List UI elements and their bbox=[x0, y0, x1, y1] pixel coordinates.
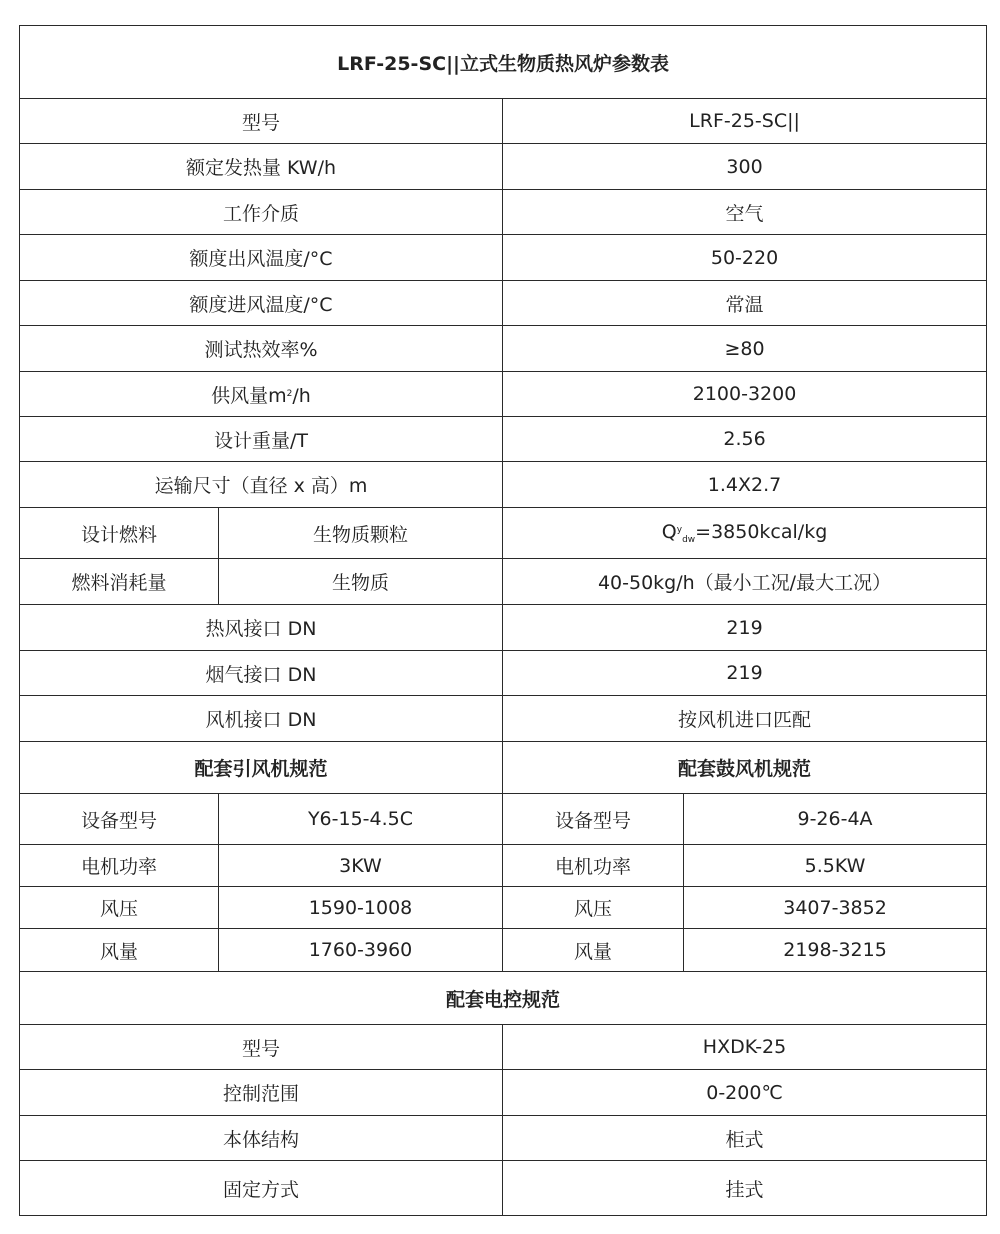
table-row: 额度进风温度/°C 常温 bbox=[20, 281, 987, 326]
title-row: LRF-25-SC||立式生物质热风炉参数表 bbox=[20, 26, 987, 99]
induced-value: 3KW bbox=[219, 845, 503, 887]
induced-value: 1760-3960 bbox=[219, 929, 503, 972]
row-label: 本体结构 bbox=[20, 1116, 503, 1161]
table-row: 烟气接口 DN 219 bbox=[20, 651, 987, 696]
row-value: 挂式 bbox=[503, 1161, 987, 1216]
row-sub-label: 生物质 bbox=[219, 559, 503, 605]
section-header-row: 配套电控规范 bbox=[20, 972, 987, 1025]
induced-label: 设备型号 bbox=[20, 794, 219, 845]
value-text: Q bbox=[662, 521, 677, 543]
row-value: 2100-3200 bbox=[503, 372, 987, 417]
induced-value: Y6-15-4.5C bbox=[219, 794, 503, 845]
row-value: 常温 bbox=[503, 281, 987, 326]
table-row: 供风量m2/h 2100-3200 bbox=[20, 372, 987, 417]
row-value: 空气 bbox=[503, 190, 987, 235]
table-row: 额度出风温度/°C 50-220 bbox=[20, 235, 987, 281]
induced-label: 电机功率 bbox=[20, 845, 219, 887]
induced-value: 1590-1008 bbox=[219, 887, 503, 929]
table-row: 风量 1760-3960 风量 2198-3215 bbox=[20, 929, 987, 972]
label-text: 供风量m bbox=[211, 385, 287, 407]
row-value: 219 bbox=[503, 651, 987, 696]
row-value: 40-50kg/h（最小工况/最大工况） bbox=[503, 559, 987, 605]
table-row: 固定方式 挂式 bbox=[20, 1161, 987, 1216]
control-section-title: 配套电控规范 bbox=[20, 972, 987, 1025]
row-label: 额定发热量 KW/h bbox=[20, 144, 503, 190]
row-label: 运输尺寸（直径 x 高）m bbox=[20, 462, 503, 508]
row-value: 219 bbox=[503, 605, 987, 651]
row-value: LRF-25-SC|| bbox=[503, 99, 987, 144]
row-label: 供风量m2/h bbox=[20, 372, 503, 417]
row-value: 300 bbox=[503, 144, 987, 190]
row-sub-label: 生物质颗粒 bbox=[219, 508, 503, 559]
blower-label: 电机功率 bbox=[503, 845, 684, 887]
row-value: 按风机进口匹配 bbox=[503, 696, 987, 742]
row-value: HXDK-25 bbox=[503, 1025, 987, 1070]
induced-fan-section-title: 配套引风机规范 bbox=[20, 742, 503, 794]
row-label: 燃料消耗量 bbox=[20, 559, 219, 605]
table-row: 控制范围 0-200℃ bbox=[20, 1070, 987, 1116]
row-label: 热风接口 DN bbox=[20, 605, 503, 651]
blower-value: 3407-3852 bbox=[684, 887, 987, 929]
blower-value: 2198-3215 bbox=[684, 929, 987, 972]
row-value: 50-220 bbox=[503, 235, 987, 281]
table-row: 风压 1590-1008 风压 3407-3852 bbox=[20, 887, 987, 929]
blower-label: 风量 bbox=[503, 929, 684, 972]
row-value: 柜式 bbox=[503, 1116, 987, 1161]
table-title: LRF-25-SC||立式生物质热风炉参数表 bbox=[20, 26, 987, 99]
table-row: 设备型号 Y6-15-4.5C 设备型号 9-26-4A bbox=[20, 794, 987, 845]
table-row: 运输尺寸（直径 x 高）m 1.4X2.7 bbox=[20, 462, 987, 508]
row-label: 烟气接口 DN bbox=[20, 651, 503, 696]
table-row: 风机接口 DN 按风机进口匹配 bbox=[20, 696, 987, 742]
row-value: 1.4X2.7 bbox=[503, 462, 987, 508]
blower-value: 5.5KW bbox=[684, 845, 987, 887]
blower-label: 风压 bbox=[503, 887, 684, 929]
row-label: 工作介质 bbox=[20, 190, 503, 235]
blower-value: 9-26-4A bbox=[684, 794, 987, 845]
table-row: 额定发热量 KW/h 300 bbox=[20, 144, 987, 190]
table-row: 燃料消耗量 生物质 40-50kg/h（最小工况/最大工况） bbox=[20, 559, 987, 605]
superscript: y bbox=[677, 525, 682, 535]
row-label: 固定方式 bbox=[20, 1161, 503, 1216]
table-row: 测试热效率% ≥80 bbox=[20, 326, 987, 372]
row-label: 额度进风温度/°C bbox=[20, 281, 503, 326]
label-text: /h bbox=[292, 385, 310, 407]
table-row: 工作介质 空气 bbox=[20, 190, 987, 235]
table-row: 设计重量/T 2.56 bbox=[20, 417, 987, 462]
induced-label: 风量 bbox=[20, 929, 219, 972]
row-value: 0-200℃ bbox=[503, 1070, 987, 1116]
value-text: =3850kcal/kg bbox=[695, 521, 827, 543]
table-row: 电机功率 3KW 电机功率 5.5KW bbox=[20, 845, 987, 887]
table-row: 型号 LRF-25-SC|| bbox=[20, 99, 987, 144]
row-label: 型号 bbox=[20, 1025, 503, 1070]
row-value: ≥80 bbox=[503, 326, 987, 372]
table-row: 本体结构 柜式 bbox=[20, 1116, 987, 1161]
table-row: 热风接口 DN 219 bbox=[20, 605, 987, 651]
table-row: 型号 HXDK-25 bbox=[20, 1025, 987, 1070]
row-label: 风机接口 DN bbox=[20, 696, 503, 742]
blower-label: 设备型号 bbox=[503, 794, 684, 845]
section-header-row: 配套引风机规范 配套鼓风机规范 bbox=[20, 742, 987, 794]
induced-label: 风压 bbox=[20, 887, 219, 929]
parameter-table: LRF-25-SC||立式生物质热风炉参数表 型号 LRF-25-SC|| 额定… bbox=[19, 25, 987, 1216]
row-value: 2.56 bbox=[503, 417, 987, 462]
row-label: 设计燃料 bbox=[20, 508, 219, 559]
row-label: 控制范围 bbox=[20, 1070, 503, 1116]
table-row: 设计燃料 生物质颗粒 Qydw=3850kcal/kg bbox=[20, 508, 987, 559]
subscript: dw bbox=[682, 535, 695, 545]
row-label: 额度出风温度/°C bbox=[20, 235, 503, 281]
blower-section-title: 配套鼓风机规范 bbox=[503, 742, 987, 794]
row-value: Qydw=3850kcal/kg bbox=[503, 508, 987, 559]
row-label: 型号 bbox=[20, 99, 503, 144]
row-label: 设计重量/T bbox=[20, 417, 503, 462]
row-label: 测试热效率% bbox=[20, 326, 503, 372]
